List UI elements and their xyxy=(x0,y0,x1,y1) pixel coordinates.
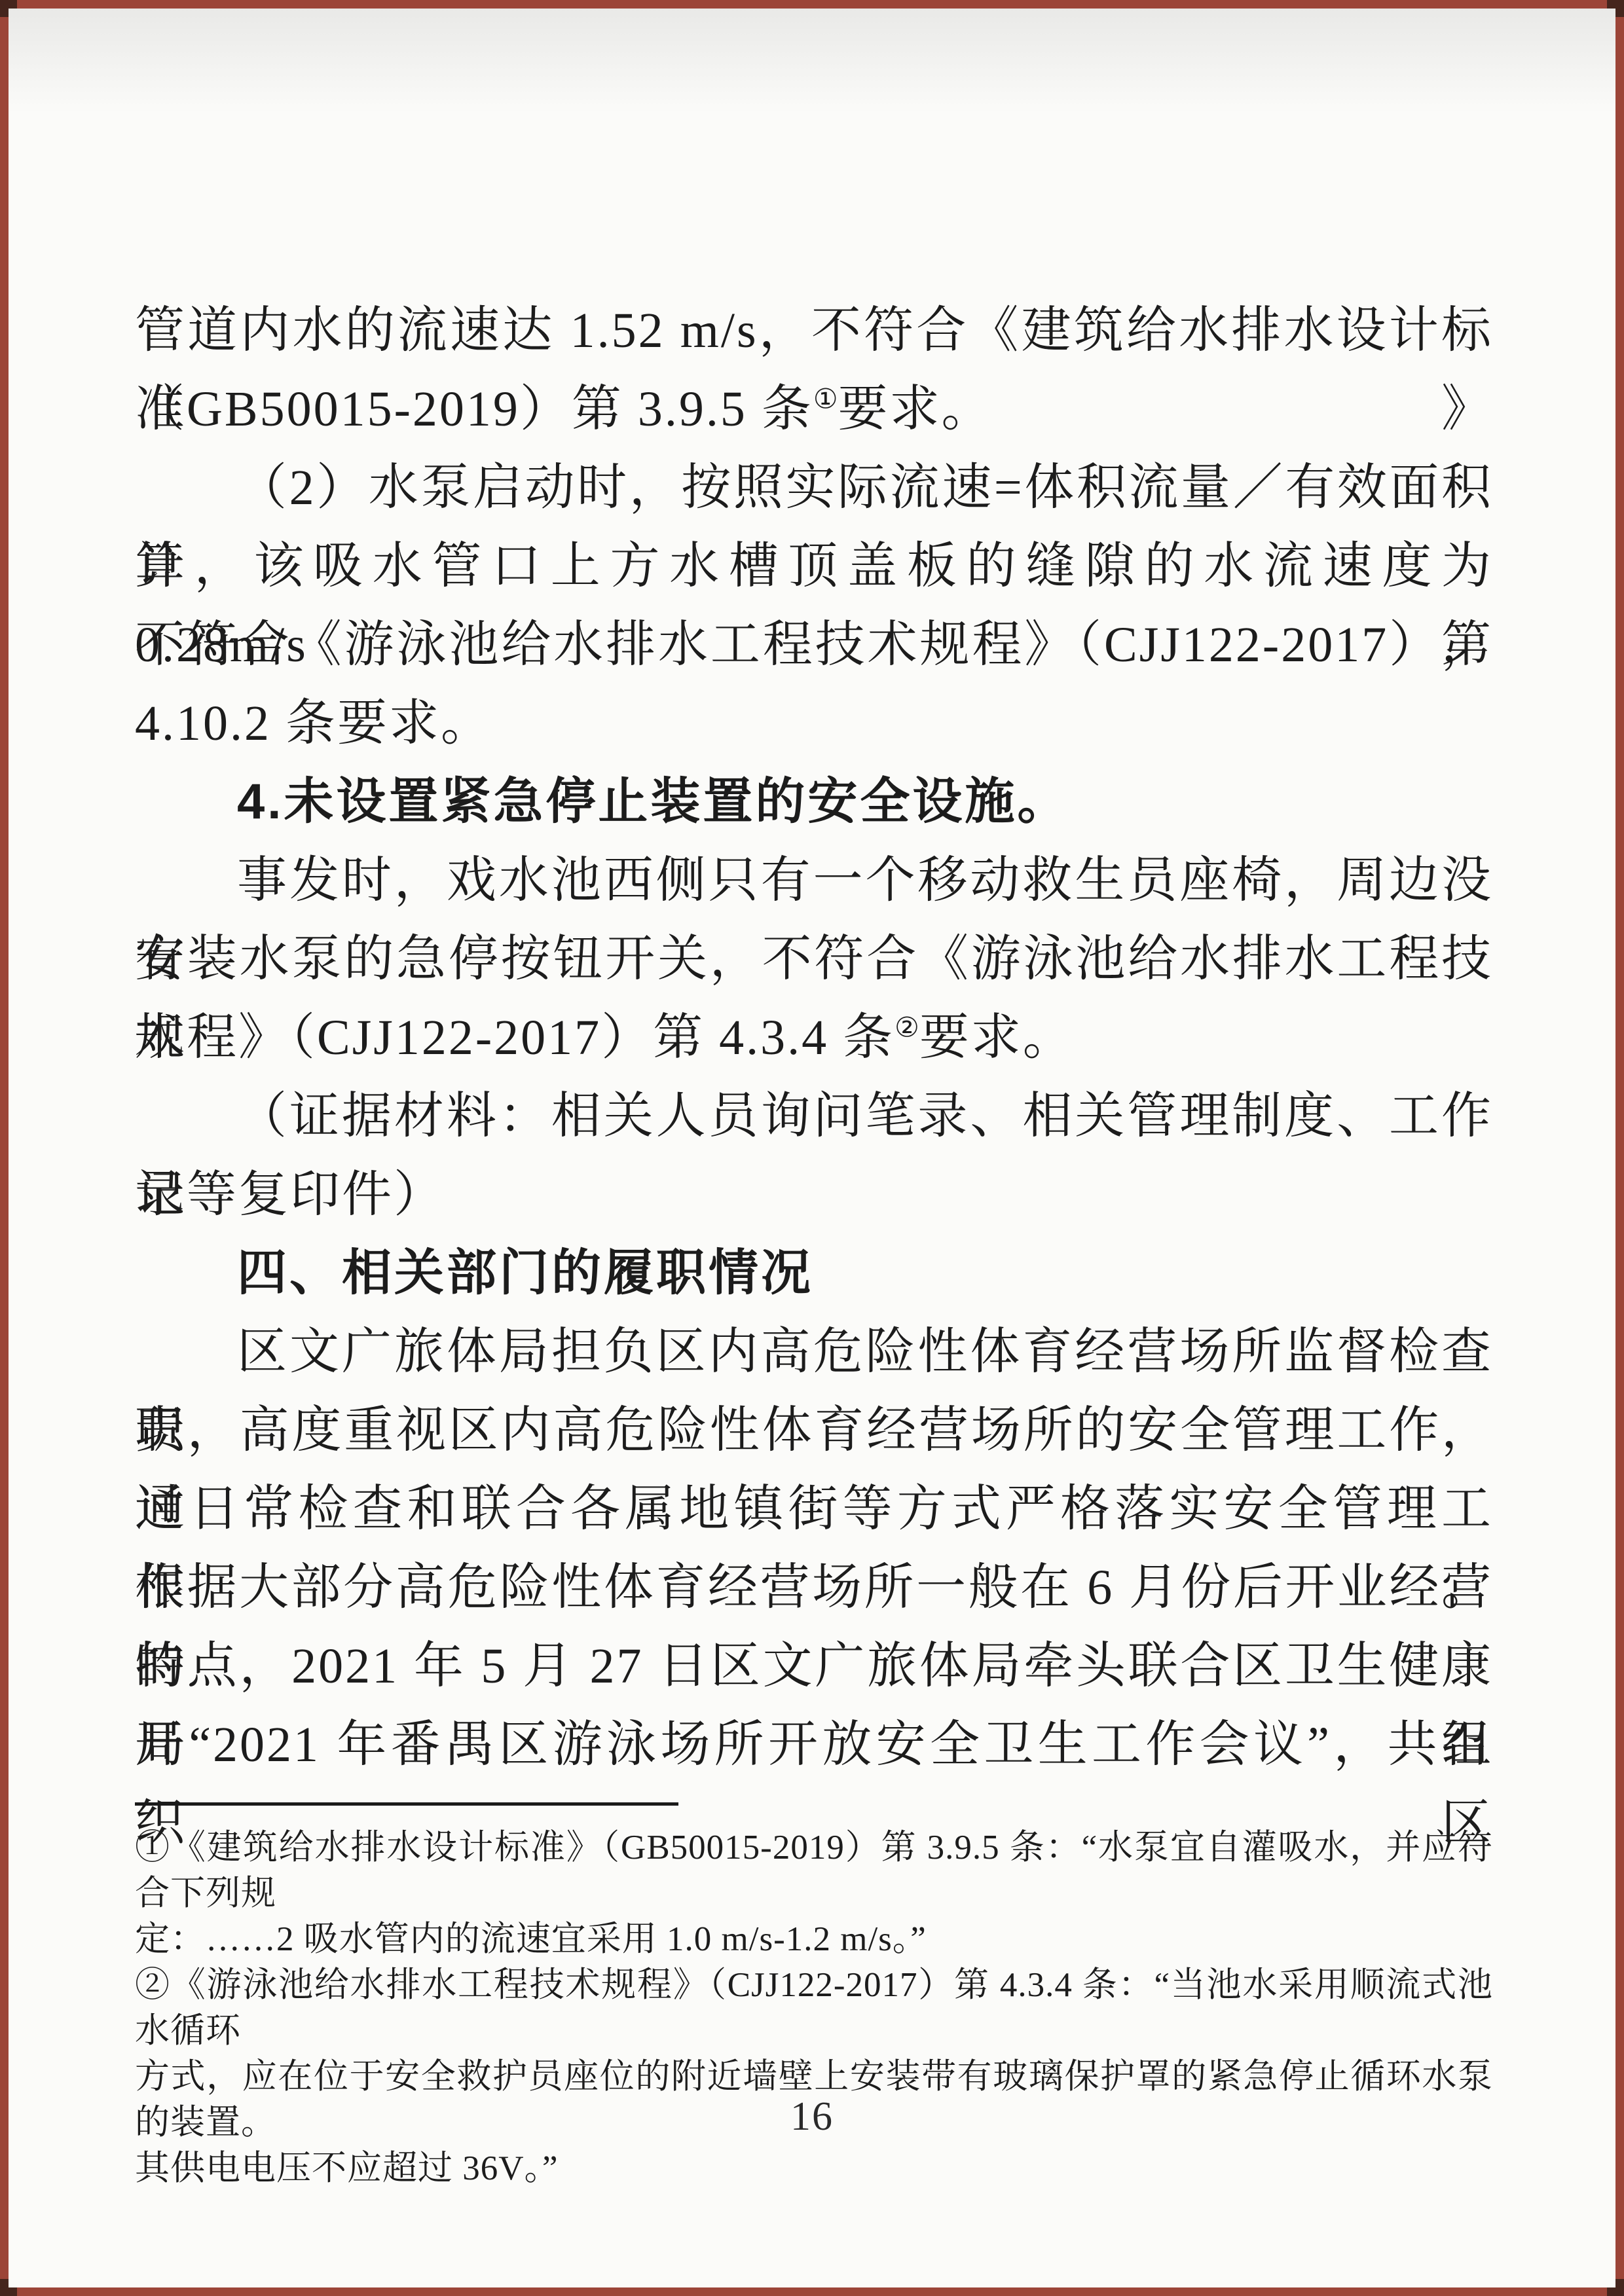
footnote-separator xyxy=(135,1802,678,1806)
footnote-marker: ① xyxy=(813,385,838,415)
body-line: 4.10.2 条要求。 xyxy=(135,684,1493,763)
footnote-line: ②《游泳池给水排水工程技术规程》（CJJ122-2017）第 4.3.4 条：“… xyxy=(135,1962,1493,2054)
body-line: 管道内水的流速达 1.52 m/s，不符合《建筑给水排水设计标准》 xyxy=(135,291,1493,370)
body-line: 特点，2021 年 5 月 27 日区文广旅体局牵头联合区卫生健康局召 xyxy=(135,1627,1493,1705)
body-line: 区文广旅体局担负区内高危险性体育经营场所监督检查职 xyxy=(135,1313,1493,1391)
body-line: （2）水泵启动时，按照实际流速=体积流量／有效面积计 xyxy=(135,448,1493,527)
body-line: 安装水泵的急停按钮开关，不符合《游泳池给水排水工程技术 xyxy=(135,920,1493,998)
body-line: 规程》（CJJ122-2017）第 4.3.4 条②要求。 xyxy=(135,998,1493,1077)
page-frame: 管道内水的流速达 1.52 m/s，不符合《建筑给水排水设计标准》（GB5001… xyxy=(0,0,1624,2296)
document-body: 管道内水的流速达 1.52 m/s，不符合《建筑给水排水设计标准》（GB5001… xyxy=(135,291,1493,1784)
document-page: 管道内水的流速达 1.52 m/s，不符合《建筑给水排水设计标准》（GB5001… xyxy=(9,9,1615,2287)
body-line: 4.未设置紧急停止装置的安全设施。 xyxy=(135,763,1493,841)
body-line: 过日常检查和联合各属地镇街等方式严格落实安全管理工作。 xyxy=(135,1470,1493,1548)
body-line: 开“2021 年番禺区游泳场所开放安全卫生工作会议”，共组织区 xyxy=(135,1705,1493,1784)
body-line: 根据大部分高危险性体育经营场所一般在 6 月份后开业经营的 xyxy=(135,1548,1493,1627)
body-line: 事发时，戏水池西侧只有一个移动救生员座椅，周边没有 xyxy=(135,841,1493,920)
body-line: 四、相关部门的履职情况 xyxy=(135,1234,1493,1313)
footnote-line: 定：……2 吸水管内的流速宜采用 1.0 m/s-1.2 m/s。” xyxy=(135,1916,1493,1962)
body-line: 算，该吸水管口上方水槽顶盖板的缝隙的水流速度为 0.28m/s， xyxy=(135,527,1493,606)
body-line: 责，高度重视区内高危险性体育经营场所的安全管理工作，通 xyxy=(135,1391,1493,1470)
body-line: 录等复印件） xyxy=(135,1156,1493,1234)
footnote-marker: ② xyxy=(895,1013,919,1044)
body-line: 不符合《游泳池给水排水工程技术规程》（CJJ122-2017）第 xyxy=(135,606,1493,684)
footnote-line: ①《建筑给水排水设计标准》（GB50015-2019）第 3.9.5 条：“水泵… xyxy=(135,1825,1493,1916)
footnote-line: 其供电电压不应超过 36V。” xyxy=(135,2145,1493,2191)
page-number: 16 xyxy=(9,2094,1615,2140)
body-line: （证据材料：相关人员询问笔录、相关管理制度、工作记 xyxy=(135,1077,1493,1156)
